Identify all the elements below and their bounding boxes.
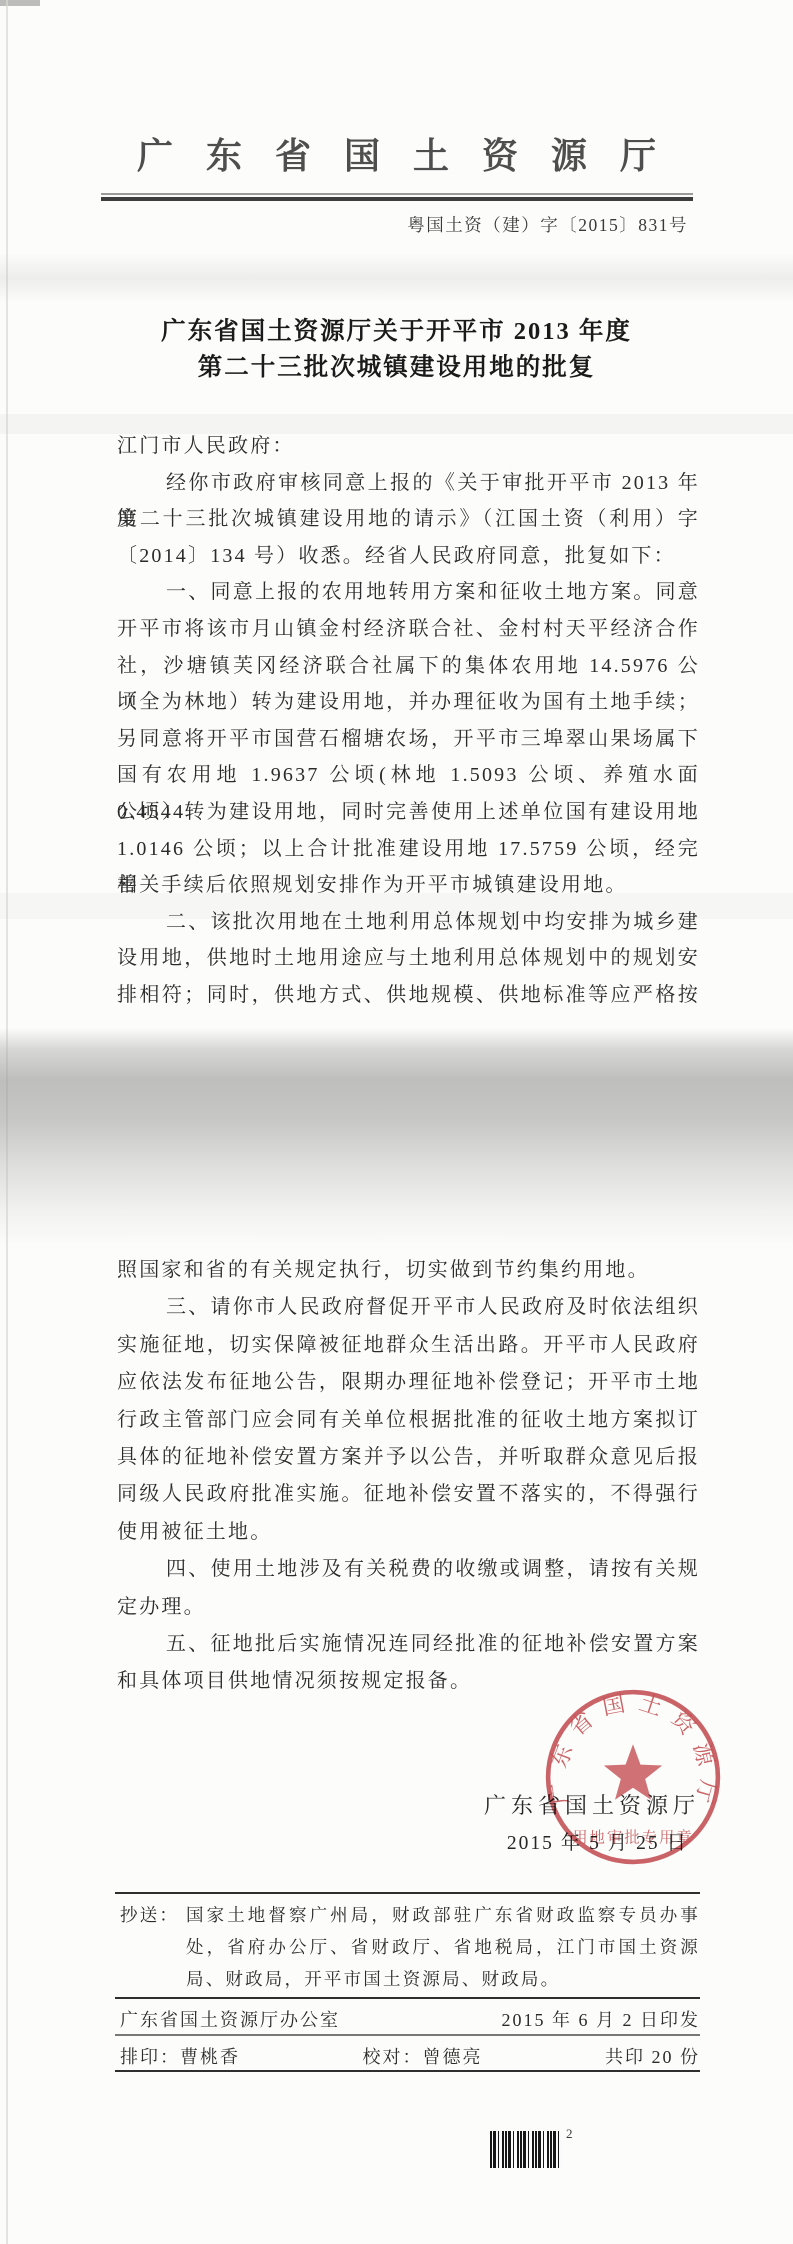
- document-text-line: 〔2014〕134 号）收悉。经省人民政府同意，批复如下：: [117, 538, 700, 575]
- footer-rule: [115, 1997, 700, 1999]
- document-text-line: 同级人民政府批准实施。征地补偿安置不落实的，不得强行: [117, 1476, 700, 1513]
- cc-rule-top: [115, 1892, 700, 1894]
- footer-print-date: 2015 年 6 月 2 日印发: [502, 2006, 701, 2032]
- cc-label: 抄送：: [120, 1899, 186, 1995]
- seal-bottom-text: 用地审批专用章: [572, 1828, 694, 1846]
- document-text-line: 经你市政府审核同意上报的《关于审批开平市 2013 年度: [117, 465, 700, 502]
- document-text-line: 照国家和省的有关规定执行，切实做到节约集约用地。: [117, 1252, 700, 1289]
- document-text-line: 另同意将开平市国营石榴塘农场，开平市三埠翠山果场属下: [117, 721, 700, 758]
- document-text-line: 应依法发布征地公告，限期办理征地补偿登记；开平市土地: [117, 1364, 700, 1401]
- document-title-line2: 第二十三批次城镇建设用地的批复: [0, 348, 793, 383]
- footer-row-print-info: 排印：曹桃香 校对：曾德亮 共印 20 份: [120, 2043, 700, 2069]
- barcode: [490, 2131, 562, 2168]
- document-text-line: 处，省府办公厅、省财政厅、省地税局，江门市国土资源: [186, 1931, 700, 1963]
- document-text-line: 实施征地，切实保障被征地群众生活出路。开平市人民政府: [117, 1327, 700, 1364]
- document-text-line: 五、征地批后实施情况连同经批准的征地补偿安置方案: [117, 1626, 700, 1663]
- document-text-line: 相关手续后依照规划安排作为开平市城镇建设用地。: [117, 867, 700, 904]
- document-text-line: 国有农用地 1.9637 公顷(林地 1.5093 公顷、养殖水面 0.4544: [117, 757, 700, 794]
- footer-copies: 共印 20 份: [605, 2043, 700, 2069]
- letterhead-rule-thick: [101, 197, 693, 201]
- document-text-line: 具体的征地补偿安置方案并予以公告，并听取群众意见后报: [117, 1439, 700, 1476]
- agency-letterhead: 广东省国土资源厅: [0, 133, 793, 179]
- letterhead-rule-thin: [101, 193, 693, 195]
- footer-typesetter: 排印：曹桃香: [120, 2043, 240, 2069]
- document-text-line: 行政主管部门应会同有关单位根据批准的征收土地方案拟订: [117, 1402, 700, 1439]
- document-text-line: 定办理。: [117, 1589, 700, 1626]
- document-text-line: 排相符；同时，供地方式、供地规模、供地标准等应严格按: [117, 977, 700, 1014]
- document-text-line: 设用地，供地时土地用途应与土地利用总体规划中的规划安: [117, 940, 700, 977]
- page-number: 2: [566, 2126, 573, 2142]
- footer-office: 广东省国土资源厅办公室: [120, 2006, 340, 2032]
- footer-proofreader: 校对：曾德亮: [363, 2043, 483, 2069]
- document-text-line: 1.0146 公顷；以上合计批准建设用地 17.5759 公顷，经完善: [117, 831, 700, 868]
- footer-row-office: 广东省国土资源厅办公室 2015 年 6 月 2 日印发: [120, 2006, 700, 2032]
- document-text-line: 国家土地督察广州局，财政部驻广东省财政监察专员办事: [186, 1899, 700, 1931]
- document-text-line: 一、同意上报的农用地转用方案和征收土地方案。同意: [117, 574, 700, 611]
- document-title-line1: 广东省国土资源厅关于开平市 2013 年度: [0, 312, 793, 347]
- page-break-shadow: [0, 1028, 793, 1246]
- official-seal: 广东省国土资源厅 用地审批专用章: [543, 1687, 723, 1867]
- document-text-line: 使用被征土地。: [117, 1514, 700, 1551]
- document-text-line: 四、使用土地涉及有关税费的收缴或调整，请按有关规: [117, 1551, 700, 1588]
- seal-star-icon: [604, 1744, 662, 1800]
- body-page1: 江门市人民政府：经你市政府审核同意上报的《关于审批开平市 2013 年度第二十三…: [117, 428, 700, 1014]
- document-text-line: 二、该批次用地在土地利用总体规划中均安排为城乡建: [117, 904, 700, 941]
- footer-rule-thin: [115, 2034, 700, 2036]
- scan-streak: [0, 253, 793, 303]
- document-text-line: 开平市将该市月山镇金村经济联合社、金村村天平经济合作: [117, 611, 700, 648]
- body-page2: 照国家和省的有关规定执行，切实做到节约集约用地。三、请你市人民政府督促开平市人民…: [117, 1252, 700, 1701]
- document-text-line: 社，沙塘镇芙冈经济联合社属下的集体农用地 14.5976 公顷: [117, 648, 700, 685]
- document-text-line: 江门市人民政府：: [117, 428, 700, 465]
- document-text-line: （全为林地）转为建设用地，并办理征收为国有土地手续；: [117, 684, 700, 721]
- document-text-line: 局、财政局，开平市国土资源局、财政局。: [186, 1963, 700, 1995]
- document-text-line: 三、请你市人民政府督促开平市人民政府及时依法组织: [117, 1289, 700, 1326]
- footer-rule: [115, 2070, 700, 2072]
- cc-block: 抄送： 国家土地督察广州局，财政部驻广东省财政监察专员办事处，省府办公厅、省财政…: [120, 1899, 700, 1995]
- document-text-line: 第二十三批次城镇建设用地的请示》（江国土资（利用）字: [117, 501, 700, 538]
- document-number: 粤国土资（建）字〔2015〕831号: [300, 212, 688, 237]
- document-text-line: 公顷）转为建设用地，同时完善使用上述单位国有建设用地: [117, 794, 700, 831]
- scanned-document: 广东省国土资源厅 粤国土资（建）字〔2015〕831号 广东省国土资源厅关于开平…: [0, 0, 793, 2244]
- cc-lines: 国家土地督察广州局，财政部驻广东省财政监察专员办事处，省府办公厅、省财政厅、省地…: [186, 1899, 700, 1995]
